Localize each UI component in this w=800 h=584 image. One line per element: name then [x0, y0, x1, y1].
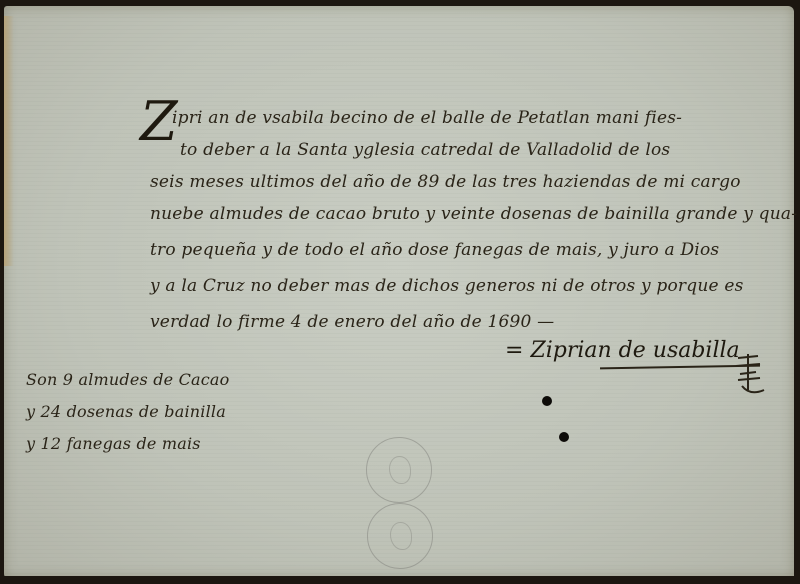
body-line-3: seis meses ultimos del año de 89 de las … [150, 172, 741, 192]
seal-stamp-lower [367, 503, 433, 569]
punch-hole [542, 396, 552, 406]
body-line-2: to deber a la Santa yglesia catredal de … [180, 140, 670, 160]
body-line-5: tro pequeña y de todo el año dose fanega… [150, 240, 719, 260]
seal-mark [389, 456, 411, 484]
signature-name: Ziprian de usabilla [530, 338, 739, 363]
paper-bottom-edge [0, 576, 800, 584]
body-line-7-date: verdad lo firme 4 de enero del año de 16… [150, 312, 554, 332]
body-line-1: ipri an de vsabila becino de el balle de… [172, 108, 682, 128]
body-line-6: y a la Cruz no deber mas de dichos gener… [150, 276, 744, 296]
punch-hole [559, 432, 569, 442]
margin-note-line-1: Son 9 almudes de Cacao [26, 370, 230, 389]
paper-stain-edge [4, 16, 14, 266]
margin-note-line-3: y 12 fanegas de mais [26, 434, 201, 453]
signature: = Ziprian de usabilla [505, 338, 740, 363]
margin-note-line-2: y 24 dosenas de bainilla [26, 402, 226, 421]
rubric-flourish-icon [730, 350, 770, 400]
seal-stamp-upper [366, 437, 432, 503]
signature-prefix: = [505, 338, 523, 363]
seal-mark [390, 522, 412, 550]
body-line-4: nuebe almudes de cacao bruto y veinte do… [150, 204, 797, 224]
